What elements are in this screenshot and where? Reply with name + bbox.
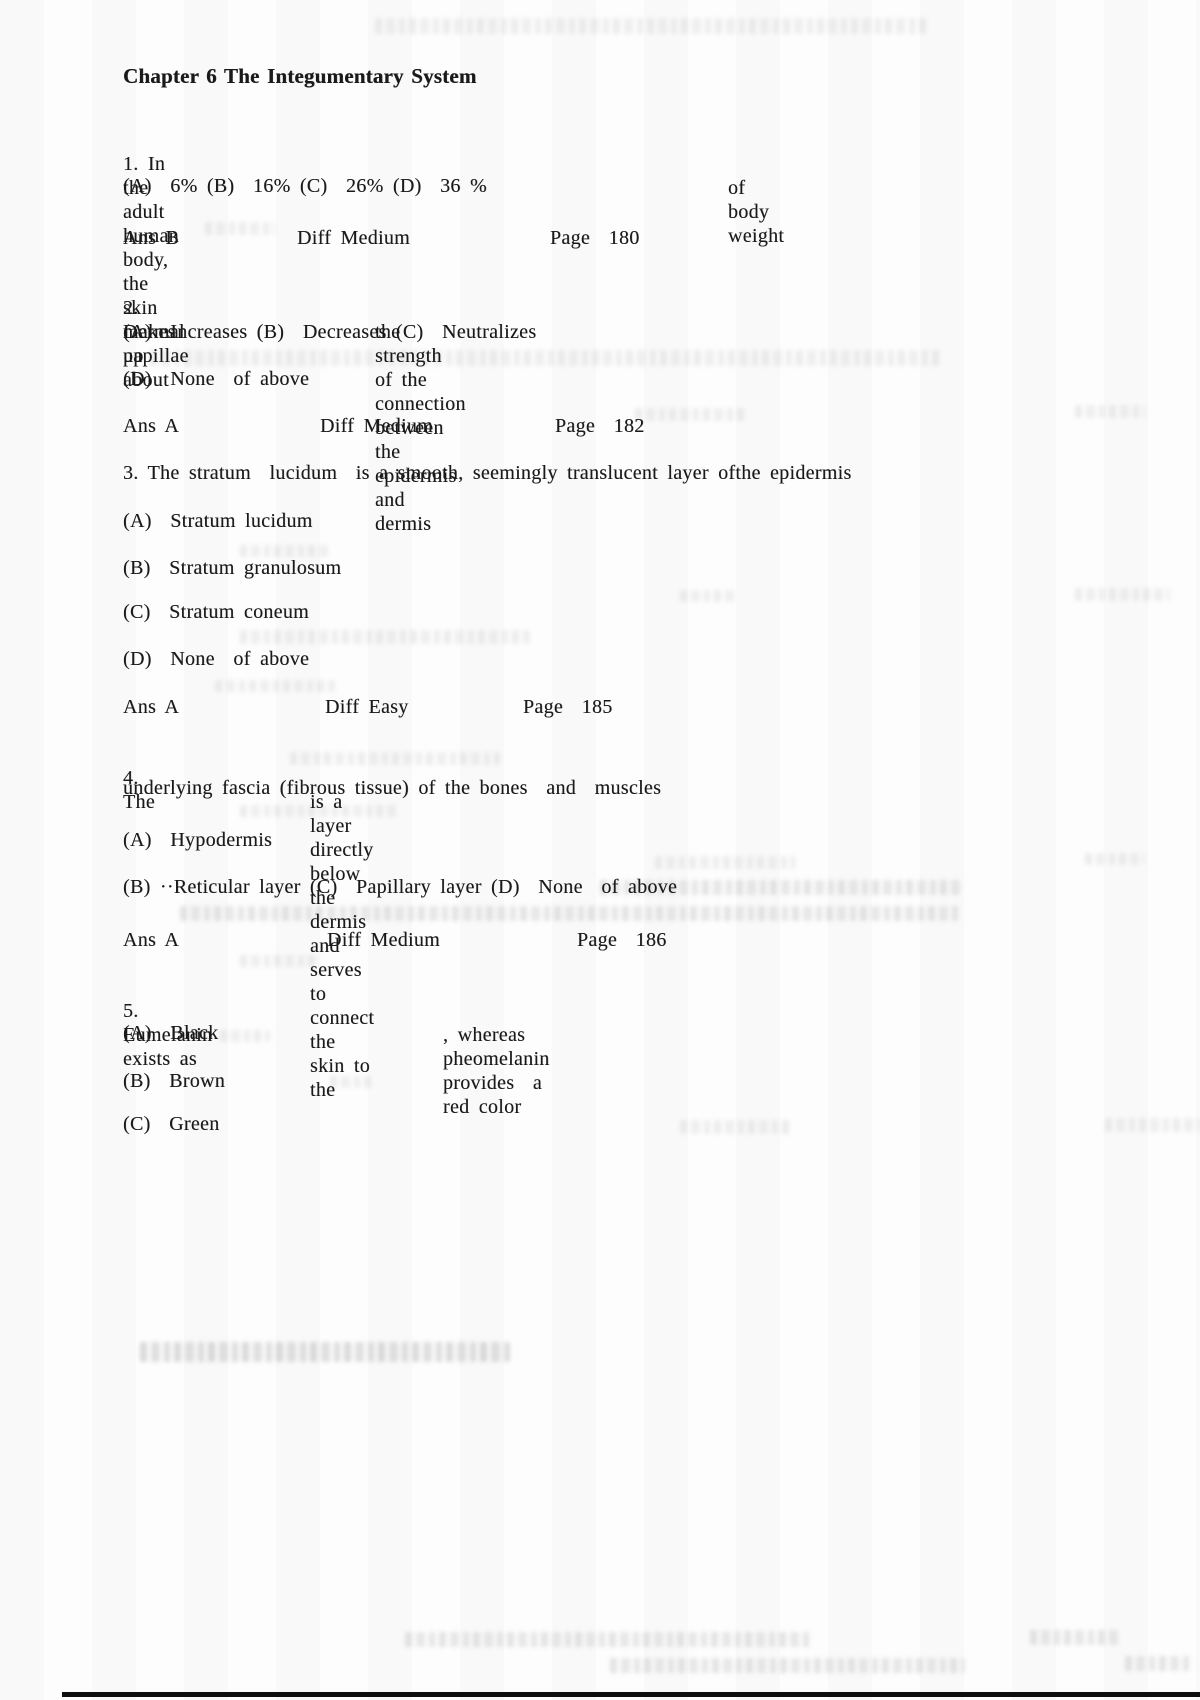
page-bottom-rule <box>62 1692 1200 1697</box>
ghost-text-artifact <box>220 1030 270 1042</box>
question-4-options-bcd: (B) ··Reticular layer (C) Papillary laye… <box>123 875 677 899</box>
ghost-text-artifact <box>140 1342 510 1362</box>
ghost-text-artifact <box>240 955 320 967</box>
answer-label: Ans A <box>123 695 179 719</box>
answer-label: Ans A <box>123 928 179 952</box>
question-3-option-c: (C) Stratum coneum <box>123 600 309 624</box>
question-3-option-d: (D) None of above <box>123 647 309 671</box>
ghost-text-artifact <box>375 18 930 34</box>
page-ref-label: Page 185 <box>523 695 613 719</box>
question-1-answer-row: Ans B Diff Medium Page 180 <box>0 226 1200 250</box>
question-3-option-a: (A) Stratum lucidum <box>123 509 313 533</box>
difficulty-label: Diff Medium <box>320 414 433 438</box>
ghost-text-artifact <box>680 590 735 602</box>
difficulty-label: Diff Medium <box>297 226 410 250</box>
page-ref-label: Page 182 <box>555 414 645 438</box>
question-4-stem-line2: underlying fascia (fibrous tissue) of th… <box>123 776 661 800</box>
difficulty-label: Diff Easy <box>325 695 409 719</box>
difficulty-label: Diff Medium <box>327 928 440 952</box>
question-3-option-b: (B) Stratum granulosum <box>123 556 341 580</box>
question-4-option-a: (A) Hypodermis <box>123 828 272 852</box>
ghost-text-artifact <box>1075 588 1170 601</box>
question-5-option-b: (B) Brown <box>123 1069 225 1093</box>
ghost-text-artifact <box>1085 853 1145 865</box>
ghost-text-artifact <box>1105 1118 1200 1132</box>
question-2-options-abc: (A) Increases (B) Decreases (C) Neutrali… <box>123 320 536 344</box>
ghost-text-artifact <box>215 680 335 692</box>
question-3-stem: 3. The stratum lucidum is a smooth, seem… <box>123 461 852 485</box>
question-5-option-a: (A) Black <box>123 1021 218 1045</box>
answer-label: Ans B <box>123 226 179 250</box>
ghost-text-artifact <box>1030 1630 1120 1645</box>
question-1-options: (A) 6% (B) 16% (C) 26% (D) 36 % <box>123 174 487 198</box>
page-ref-label: Page 186 <box>577 928 667 952</box>
ghost-text-artifact <box>290 752 500 765</box>
question-4-answer-row: Ans A Diff Medium Page 186 <box>0 928 1200 952</box>
ghost-text-artifact <box>680 1120 790 1134</box>
question-3-answer-row: Ans A Diff Easy Page 185 <box>0 695 1200 719</box>
ghost-text-artifact <box>405 1632 810 1647</box>
ghost-text-artifact <box>150 350 940 366</box>
page-ref-label: Page 180 <box>550 226 640 250</box>
question-5-stem-after-blank: , whereas pheomelanin provides a red col… <box>443 1023 550 1119</box>
ghost-text-artifact <box>1125 1656 1190 1671</box>
scanned-document-page: Chapter 6 The Integumentary System 1. In… <box>0 0 1200 1700</box>
ghost-text-artifact <box>180 906 960 921</box>
question-2-option-d: (D) None of above <box>123 367 309 391</box>
ghost-text-artifact <box>240 630 530 644</box>
answer-label: Ans A <box>123 414 179 438</box>
ghost-text-artifact <box>655 856 795 869</box>
page-title: Chapter 6 The Integumentary System <box>123 64 477 88</box>
question-2-answer-row: Ans A Diff Medium Page 182 <box>0 414 1200 438</box>
ghost-text-artifact <box>610 1658 965 1673</box>
question-5-option-c: (C) Green <box>123 1112 220 1136</box>
